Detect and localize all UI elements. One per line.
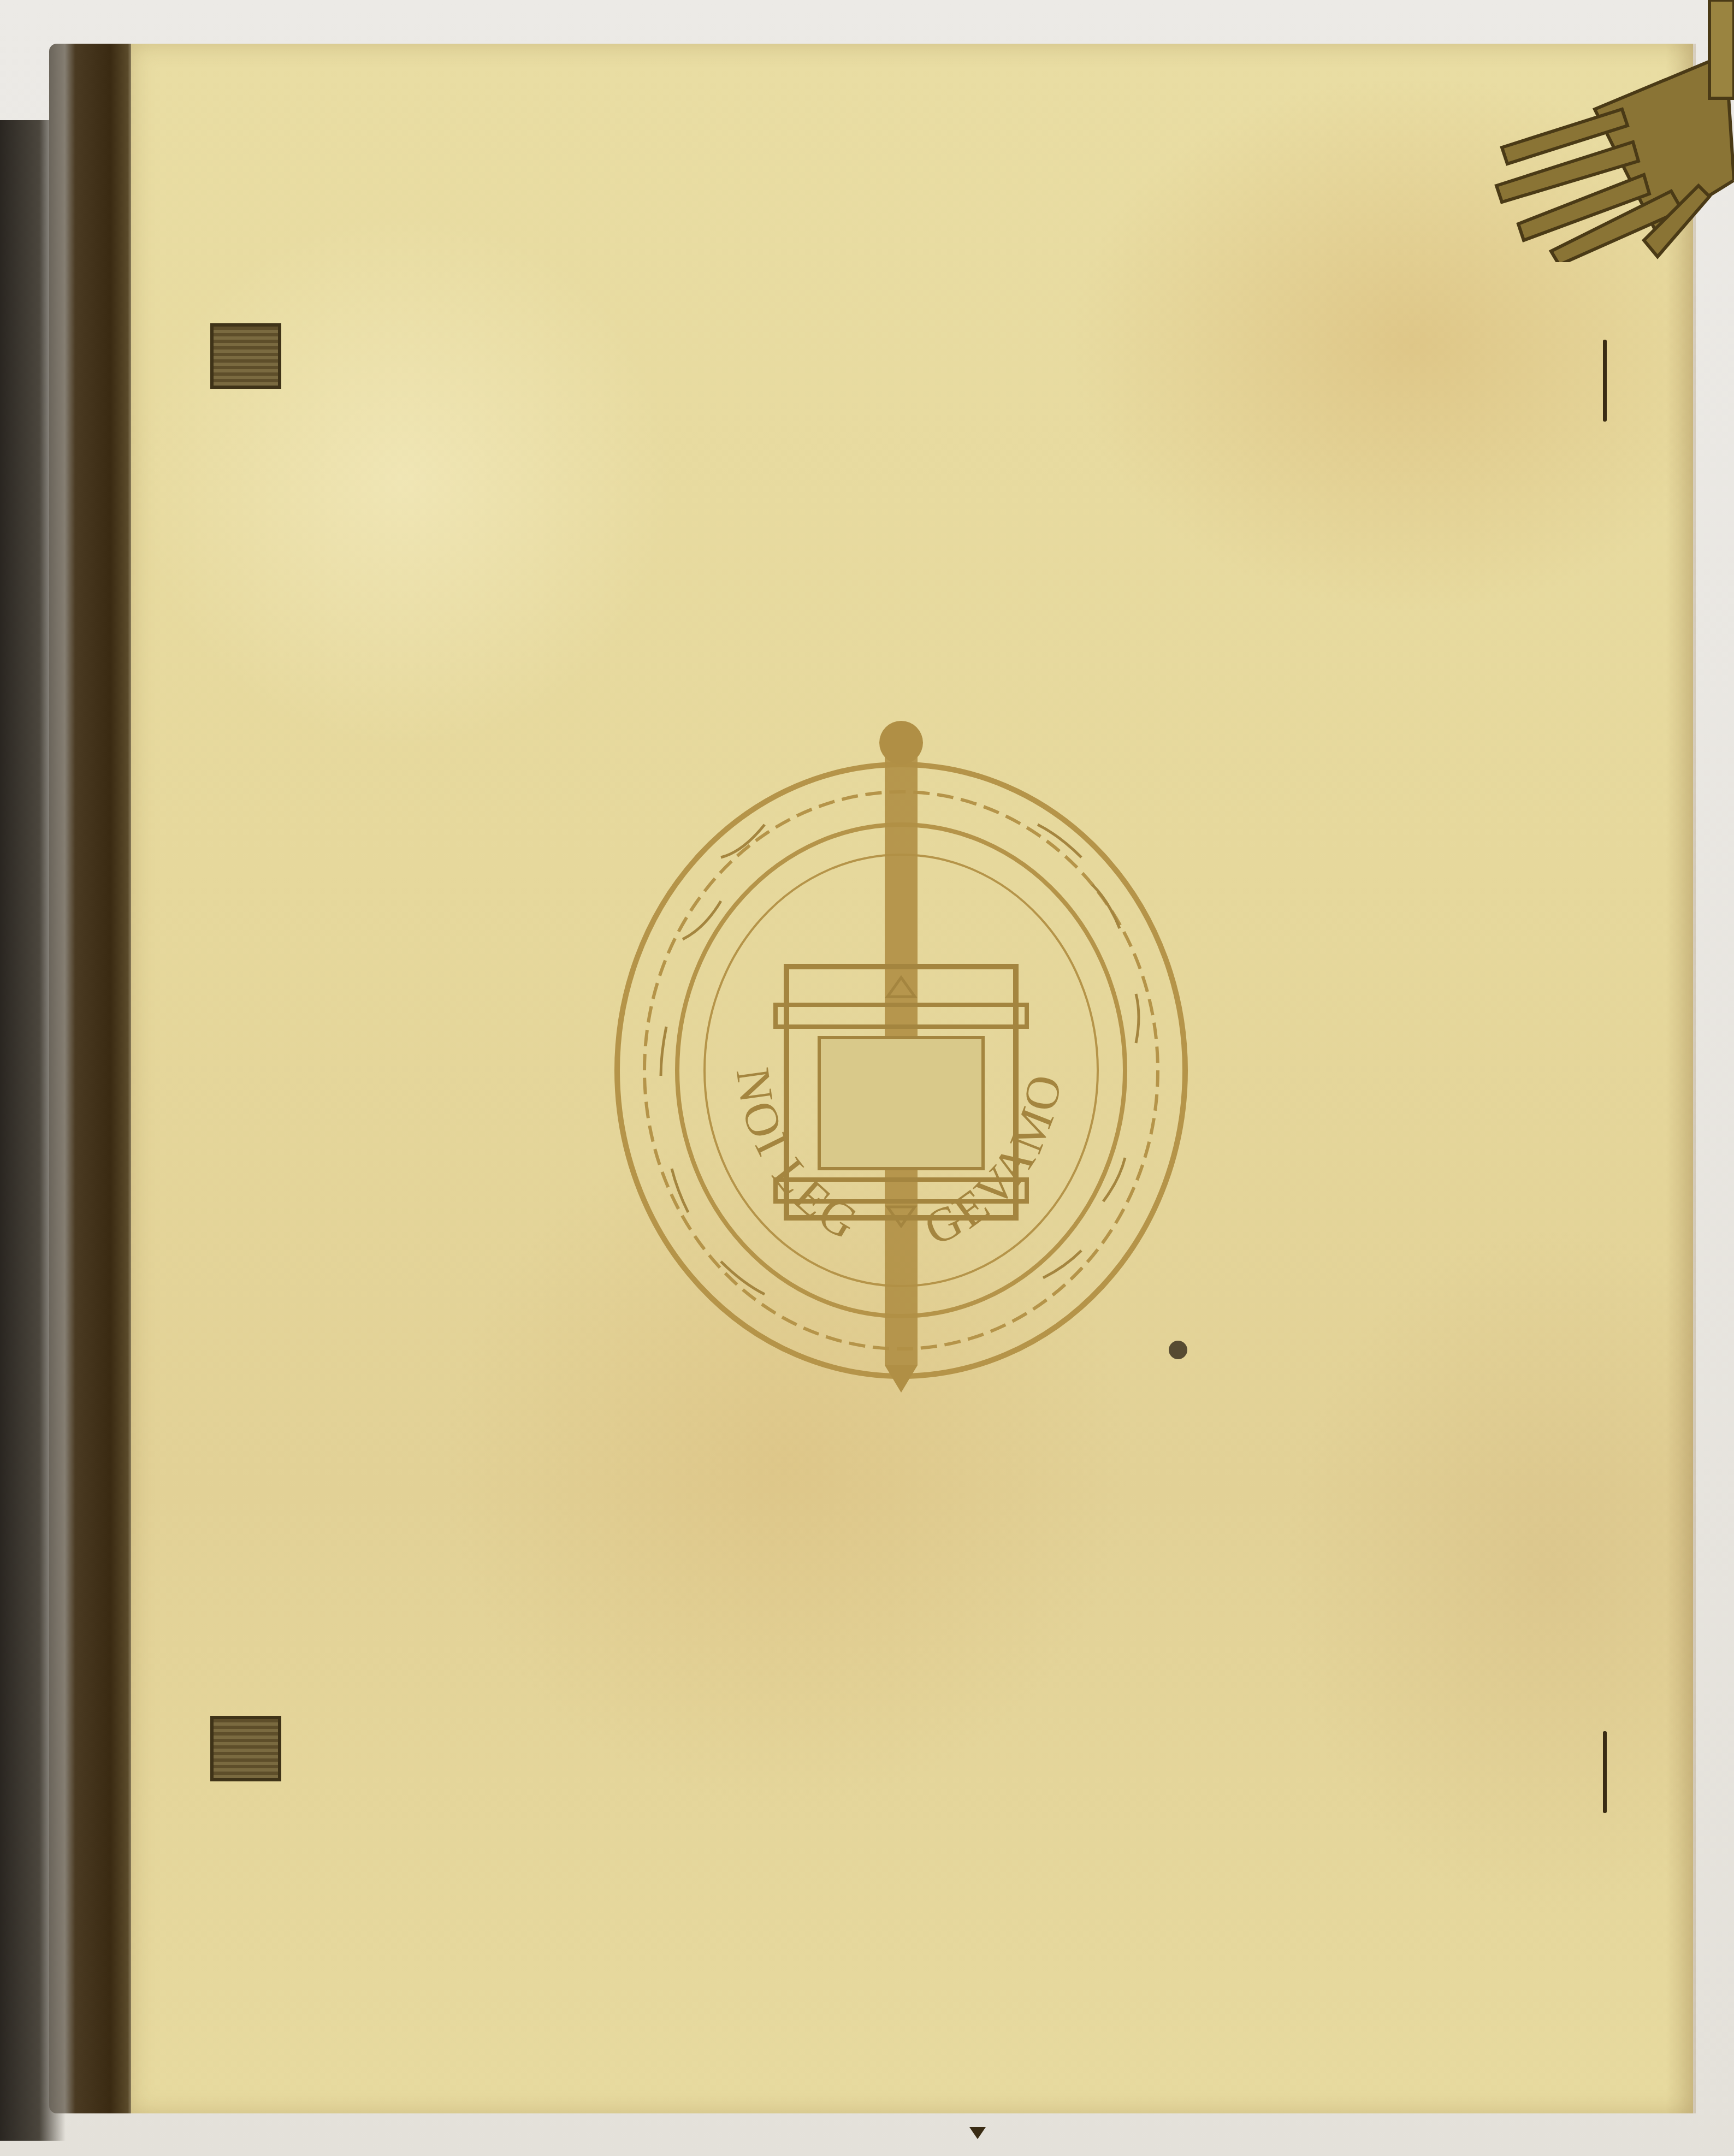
spine-tooling <box>59 426 81 1190</box>
top-tie <box>210 323 281 389</box>
bottom-tie-slot <box>1603 1731 1607 1813</box>
brass-hand-clip <box>1469 0 1734 262</box>
top-tie-slot <box>1603 340 1607 422</box>
gilt-emblem: NOI LEG GEVAMO <box>601 721 1202 1393</box>
hand-clip-icon <box>1469 0 1734 262</box>
bottom-tie <box>210 1716 281 1781</box>
laurel-wreath-icon: NOI LEG GEVAMO <box>601 721 1202 1393</box>
cover-fore-edge <box>1666 44 1696 2113</box>
